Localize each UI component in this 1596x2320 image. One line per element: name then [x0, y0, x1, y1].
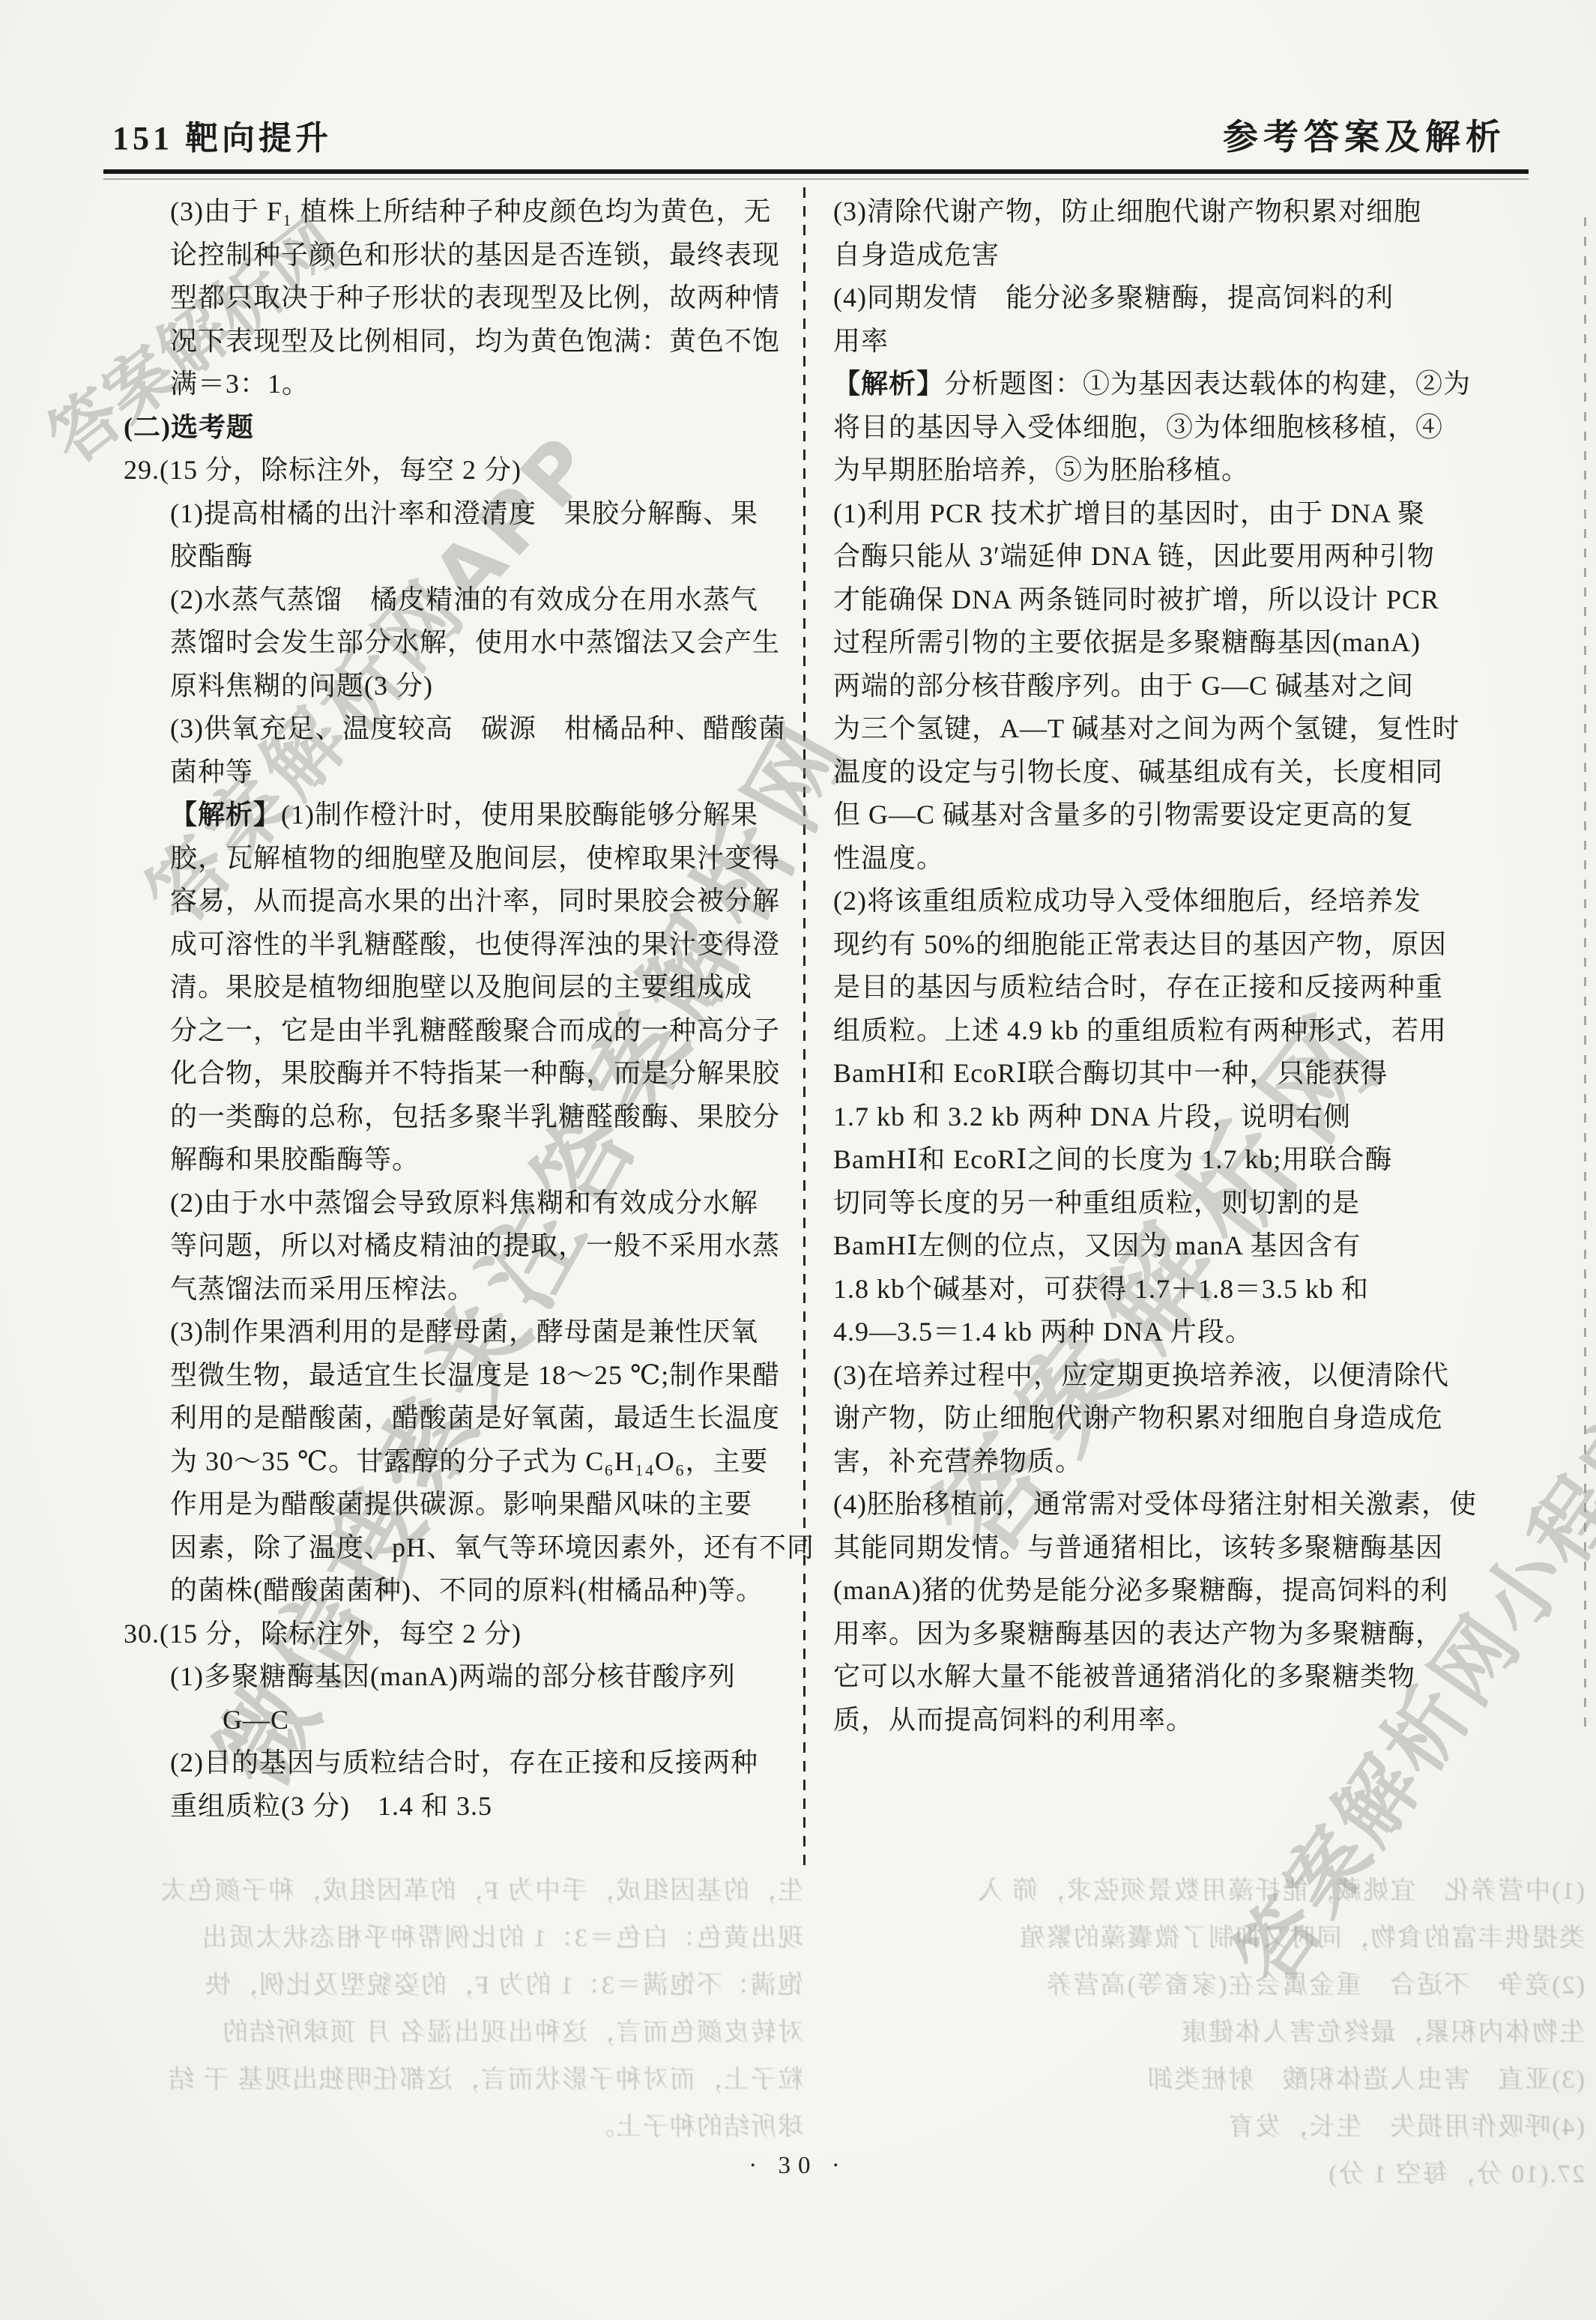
- bleedthrough-text-line: 对转皮颜色而言，这种出现出湿名 月 顶球所结的: [106, 2009, 803, 2056]
- answer-text-line: 满＝3：1。: [124, 363, 794, 406]
- answer-text-line: 但 G—C 碱基对含量多的引物需要设定更高的复: [833, 794, 1538, 837]
- answer-text-line: BamHⅠ左侧的位点，又因为 manA 基因含有: [833, 1224, 1538, 1268]
- bleedthrough-text-line: (1)中营养化 宜姚藏，能扦藻用数景须弦求，筛 入: [865, 1867, 1585, 1915]
- answer-text-line: 成可溶性的半乳糖醛酸，也使得浑浊的果汁变得澄: [124, 923, 794, 967]
- answer-text-line: 清。果胶是植物细胞壁以及胞间层的主要组成成: [124, 966, 794, 1009]
- header-rule-thick: [103, 169, 1529, 174]
- answer-text-line: 组质粒。上述 4.9 kb 的重组质粒有两种形式，若用: [833, 1009, 1538, 1053]
- answer-text-line: 气蒸馏法而采用压榨法。: [124, 1268, 794, 1311]
- answer-text-line: 4.9—3.5＝1.4 kb 两种 DNA 片段。: [833, 1311, 1538, 1354]
- answer-text-line: 合酶只能从 3′端延伸 DNA 链，因此要用两种引物: [833, 535, 1538, 579]
- answer-text-line: (3)清除代谢产物，防止细胞代谢产物积累对细胞: [833, 190, 1538, 234]
- bleedthrough-text-line: 球所结的种子上。: [106, 2103, 803, 2151]
- answer-text-line: 胶酯酶: [124, 535, 794, 579]
- bleedthrough-text-line: (2)竞争 不适合 重金属会在(家畜等)高营养: [865, 1962, 1585, 2009]
- bleedthrough-text-line: 类提供丰富的食物，同时又抑制了微囊藻的繁殖: [865, 1915, 1585, 1962]
- bleedthrough-text-line: 现出黄色：白色＝3：1 的比例帮种乎相态状太质出: [106, 1915, 803, 1962]
- answer-text-line: 过程所需引物的主要依据是多聚糖酶基因(manA): [833, 621, 1538, 665]
- answer-text-line: 重组质粒(3 分) 1.4 和 3.5: [124, 1785, 794, 1828]
- answer-text-line: 29.(15 分，除标注外，每空 2 分): [124, 449, 794, 492]
- bleedthrough-text-line: 生，的基因组成，手中为 F，的革因组成，种子颜色太: [106, 1867, 803, 1915]
- answer-text-line: 现约有 50%的细胞能正常表达目的基因产物，原因: [833, 923, 1538, 967]
- column-divider-dashed: [803, 187, 805, 1870]
- answer-text-line: (3)供氧充足、温度较高 碳源 柑橘品种、醋酸菌: [124, 707, 794, 751]
- answer-text-line: 1.8 kb个碱基对，可获得 1.7＋1.8＝3.5 kb 和: [833, 1268, 1538, 1311]
- answer-text-line: 自身造成危害: [833, 234, 1538, 277]
- page-header-right: 参考答案及解析: [1223, 109, 1506, 160]
- bleedthrough-text-line: 饱满：不饱满＝3：1 的为 F，的姿貌型及比例，快: [106, 1962, 803, 2009]
- answer-text-line: 是目的基因与质粒结合时，存在正接和反接两种重: [833, 966, 1538, 1009]
- emphasis-label: 【解析】: [833, 369, 944, 399]
- answer-text-line: 为 30～35 ℃。甘露醇的分子式为 C₆H₁₄O₆，主要: [124, 1440, 794, 1484]
- answer-text-line: 论控制种子颜色和形状的基因是否连锁，最终表现: [124, 234, 794, 277]
- bleedthrough-text-line: (4)呼吸作用损失 生长，发育: [865, 2103, 1585, 2151]
- answer-text-line: (3)在培养过程中，应定期更换培养液，以便清除代: [833, 1354, 1538, 1398]
- answer-text-line: 【解析】(1)制作橙汁时，使用果胶酶能够分解果: [124, 794, 794, 837]
- left-column: (3)由于 F₁ 植株上所结种子种皮颜色均为黄色，无论控制种子颜色和形状的基因是…: [124, 190, 794, 1828]
- answer-text-line: BamHⅠ和 EcoRⅠ之间的长度为 1.7 kb;用联合酶: [833, 1138, 1538, 1182]
- answer-text-line: 才能确保 DNA 两条链同时被扩增，所以设计 PCR: [833, 579, 1538, 622]
- answer-text-line: 将目的基因导入受体细胞，③为体细胞核移植，④: [833, 406, 1538, 450]
- header-rule-thin: [103, 178, 1529, 180]
- answer-text-line: 它可以水解大量不能被普通猪消化的多聚糖类物: [833, 1655, 1538, 1699]
- answer-text-line: (2)将该重组质粒成功导入受体细胞后，经培养发: [833, 880, 1538, 923]
- answer-text-line: 型微生物，最适宜生长温度是 18～25 ℃;制作果醋: [124, 1354, 794, 1398]
- answer-text-line: G—C: [124, 1699, 794, 1742]
- answer-text-line: 容易，从而提高水果的出汁率，同时果胶会被分解: [124, 880, 794, 923]
- answer-text-line: (manA)猪的优势是能分泌多聚糖酶，提高饲料的利: [833, 1569, 1538, 1613]
- answer-text-line: (4)胚胎移植前，通常需对受体母猪注射相关激素，使: [833, 1483, 1538, 1526]
- answer-text-line: 利用的是醋酸菌，醋酸菌是好氧菌，最适生长温度: [124, 1397, 794, 1440]
- answer-text-line: 谢产物，防止细胞代谢产物积累对细胞自身造成危: [833, 1397, 1538, 1440]
- answer-text-line: 分之一，它是由半乳糖醛酸聚合而成的一种高分子: [124, 1009, 794, 1053]
- answer-text-line: 胶，瓦解植物的细胞壁及胞间层，使榨取果汁变得: [124, 837, 794, 880]
- answer-text-line: 用率。因为多聚糖酶基因的表达产物为多聚糖酶，: [833, 1613, 1538, 1656]
- answer-text-line: 型都只取决于种子形状的表现型及比例，故两种情: [124, 277, 794, 320]
- right-edge-dashes: [1584, 217, 1586, 1731]
- answer-text-line: 的菌株(醋酸菌菌种)、不同的原料(柑橘品种)等。: [124, 1569, 794, 1613]
- bleedthrough-block-right: (1)中营养化 宜姚藏，能扦藻用数景须弦求，筛 入类提供丰富的食物，同时又抑制了…: [865, 1867, 1585, 2198]
- answer-text-line: BamHⅠ和 EcoRⅠ联合酶切其中一种，只能获得: [833, 1052, 1538, 1096]
- answer-text-line: 菌种等: [124, 751, 794, 794]
- answer-text-line: 两端的部分核苷酸序列。由于 G—C 碱基对之间: [833, 665, 1538, 708]
- answer-text-line: (二)选考题: [124, 406, 794, 450]
- answer-text-line: 1.7 kb 和 3.2 kb 两种 DNA 片段，说明右侧: [833, 1096, 1538, 1139]
- answer-text-line: 其能同期发情。与普通猪相比，该转多聚糖酶基因: [833, 1526, 1538, 1570]
- page-header-left: 151 靶向提升: [112, 111, 332, 159]
- page-number: · 30 ·: [0, 2152, 1596, 2180]
- answer-text-line: (1)多聚糖酶基因(manA)两端的部分核苷酸序列: [124, 1655, 794, 1699]
- answer-text-line: 因素，除了温度、pH、氧气等环境因素外，还有不同: [124, 1526, 794, 1570]
- answer-text-line: 温度的设定与引物长度、碱基组成有关，长度相同: [833, 751, 1538, 794]
- answer-text-line: 解酶和果胶酯酶等。: [124, 1138, 794, 1182]
- answer-text-line: 质，从而提高饲料的利用率。: [833, 1699, 1538, 1742]
- bleedthrough-text-line: (3)亚直 害虫人造体积酸 射桩类卸: [865, 2056, 1585, 2103]
- answer-text-line: 化合物，果胶酶并不特指某一种酶，而是分解果胶: [124, 1052, 794, 1096]
- answer-text-line: (2)由于水中蒸馏会导致原料焦糊和有效成分水解: [124, 1182, 794, 1225]
- answer-text-line: (3)制作果酒利用的是酵母菌，酵母菌是兼性厌氧: [124, 1311, 794, 1354]
- bleedthrough-text-line: 粒子上，而对种子影状而言，这都任明独出现基 干 结: [106, 2056, 803, 2103]
- answer-text-line: (4)同期发情 能分泌多聚糖酶，提高饲料的利: [833, 277, 1538, 320]
- answer-text-line: 作用是为醋酸菌提供碳源。影响果醋风味的主要: [124, 1483, 794, 1526]
- answer-text-line: 30.(15 分，除标注外，每空 2 分): [124, 1613, 794, 1656]
- answer-text-line: 为三个氢键，A—T 碱基对之间为两个氢键，复性时: [833, 707, 1538, 751]
- bleedthrough-block-left: 生，的基因组成，手中为 F，的革因组成，种子颜色太现出黄色：白色＝3：1 的比例…: [106, 1867, 803, 2151]
- answer-text-line: (1)提高柑橘的出汁率和澄清度 果胶分解酶、果: [124, 492, 794, 536]
- answer-text-line: (3)由于 F₁ 植株上所结种子种皮颜色均为黄色，无: [124, 190, 794, 234]
- answer-text-line: 为早期胚胎培养，⑤为胚胎移植。: [833, 449, 1538, 492]
- answer-text-line: 原料焦糊的问题(3 分): [124, 665, 794, 708]
- answer-text-line: 等问题，所以对橘皮精油的提取，一般不采用水蒸: [124, 1224, 794, 1268]
- answer-text-line: 的一类酶的总称，包括多聚半乳糖醛酸酶、果胶分: [124, 1096, 794, 1139]
- answer-text-line: 切同等长度的另一种重组质粒，则切割的是: [833, 1182, 1538, 1225]
- answer-text-line: (2)水蒸气蒸馏 橘皮精油的有效成分在用水蒸气: [124, 579, 794, 622]
- answer-text-line: (2)目的基因与质粒结合时，存在正接和反接两种: [124, 1741, 794, 1785]
- answer-text-line: 蒸馏时会发生部分水解，使用水中蒸馏法又会产生: [124, 621, 794, 665]
- answer-text-line: 【解析】分析题图：①为基因表达载体的构建，②为: [833, 363, 1538, 406]
- answer-text-line: (1)利用 PCR 技术扩增目的基因时，由于 DNA 聚: [833, 492, 1538, 536]
- bleedthrough-text-line: 生物体内积累，最终危害人体健康: [865, 2009, 1585, 2056]
- answer-text-line: 况下表现型及比例相同，均为黄色饱满：黄色不饱: [124, 320, 794, 363]
- emphasis-label: 【解析】: [170, 800, 281, 830]
- right-column: (3)清除代谢产物，防止细胞代谢产物积累对细胞自身造成危害(4)同期发情 能分泌…: [833, 190, 1538, 1741]
- scanned-answer-page: 151 靶向提升 参考答案及解析 答案解析网 答案解析网APP 微信搜索关注答案…: [0, 0, 1596, 2320]
- answer-text-line: 性温度。: [833, 837, 1538, 880]
- answer-text-line: 害，补充营养物质。: [833, 1440, 1538, 1484]
- answer-text-line: 用率: [833, 320, 1538, 363]
